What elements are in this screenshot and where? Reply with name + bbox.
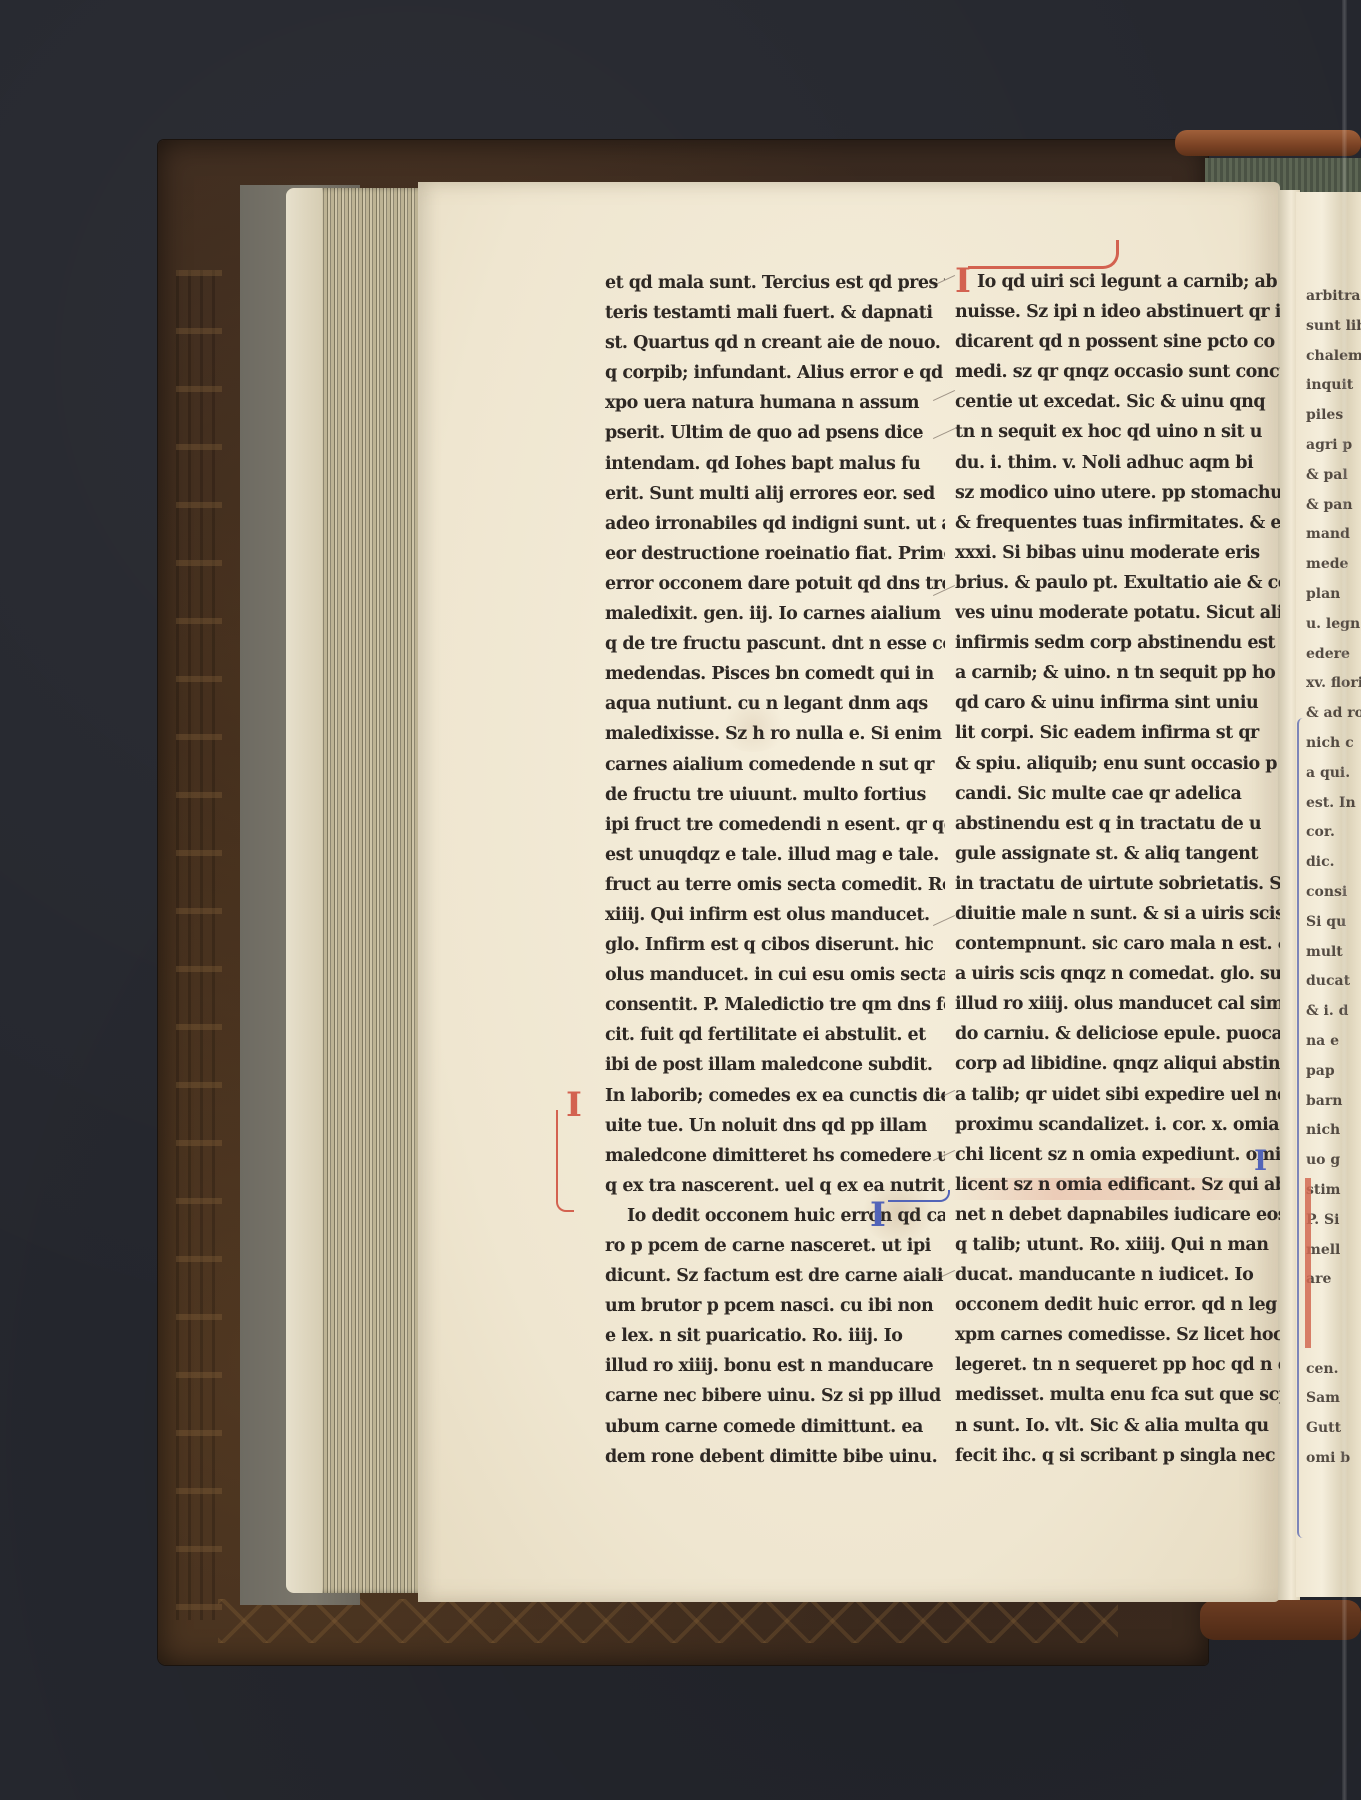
text-line: dicarent qd n possent sine pcto co bbox=[955, 327, 1280, 357]
blind-tooled-border-left bbox=[176, 270, 222, 1620]
initial-flourish-red bbox=[556, 1110, 574, 1212]
text-line: infirmis sedm corp abstinendu est bbox=[955, 628, 1280, 658]
text-line: u. legn bbox=[1306, 610, 1361, 640]
text-line: ibi de post illam maledcone subdit. bbox=[605, 1050, 945, 1080]
text-line: error occonem dare potuit qd dns tre bbox=[605, 569, 945, 599]
marginal-pen-flourish-red bbox=[1305, 1178, 1311, 1348]
text-line: chi licent sz n omia expediunt. omia bbox=[955, 1140, 1280, 1170]
text-line: Gutt bbox=[1306, 1414, 1361, 1444]
text-line: ves uinu moderate potatu. Sicut aliq bbox=[955, 598, 1280, 628]
text-line: mell bbox=[1306, 1236, 1361, 1266]
text-line: intendam. qd Iohes bapt malus fu bbox=[605, 449, 945, 479]
text-line: plan bbox=[1306, 580, 1361, 610]
text-line: arbitra bbox=[1306, 282, 1361, 312]
text-line: pserit. Ultim de quo ad psens dice bbox=[605, 418, 945, 448]
blind-tooled-border-bottom bbox=[218, 1599, 1118, 1643]
text-line: dicunt. Sz factum est dre carne aiali bbox=[605, 1261, 945, 1291]
text-line: brius. & paulo pt. Exultatio aie & cor bbox=[955, 568, 1280, 598]
text-line: aqua nutiunt. cu n legant dnm aqs bbox=[605, 689, 945, 719]
text-line: st. Quartus qd n creant aie de nouo. bbox=[605, 328, 945, 358]
text-line: uite tue. Un noluit dns qd pp illam bbox=[605, 1111, 945, 1141]
text-line: uo g bbox=[1306, 1146, 1361, 1176]
text-line: xv. flori bbox=[1306, 669, 1361, 699]
text-line: gule assignate st. & aliq tangent bbox=[955, 839, 1280, 869]
text-line: ipi fruct tre comedendi n esent. qr qd bbox=[605, 810, 945, 840]
text-line: ubum carne comede dimittunt. ea bbox=[605, 1412, 945, 1442]
text-line: illud ro xiiij. olus manducet cal sim bbox=[955, 989, 1280, 1019]
text-line: nich bbox=[1306, 1116, 1361, 1146]
rubricated-initial-blue: I bbox=[870, 1198, 886, 1232]
recto-text-fragments: arbitra sunt lib chalem inquit piles agr… bbox=[1306, 282, 1361, 1474]
text-line: net n debet dapnabiles iudicare eos bbox=[955, 1200, 1280, 1230]
text-line: Io qd uiri sci legunt a carnib; ab bbox=[955, 267, 1280, 297]
text-line bbox=[1306, 1295, 1361, 1325]
text-line: diuitie male n sunt. & si a uiris scis bbox=[955, 899, 1280, 929]
text-line: & pal bbox=[1306, 461, 1361, 491]
text-line: carnes aialium comedende n sut qr bbox=[605, 750, 945, 780]
text-line: consi bbox=[1306, 878, 1361, 908]
text-line: inquit bbox=[1306, 371, 1361, 401]
text-line: legeret. tn n sequeret pp hoc qd n co bbox=[955, 1350, 1280, 1380]
text-line: candi. Sic multe cae qr adelica bbox=[955, 779, 1280, 809]
text-line: eor destructione roeinatio fiat. Primo bbox=[605, 539, 945, 569]
rubricated-initial-red: I bbox=[955, 264, 971, 298]
text-line: chalem bbox=[1306, 342, 1361, 372]
text-line: a uiris scis qnqz n comedat. glo. sup bbox=[955, 959, 1280, 989]
text-line: stim bbox=[1306, 1176, 1361, 1206]
text-line: a talib; qr uidet sibi expedire uel ne bbox=[955, 1080, 1280, 1110]
text-line: fruct au terre omis secta comedit. Ro bbox=[605, 870, 945, 900]
text-line bbox=[1306, 1325, 1361, 1355]
text-line: ducat bbox=[1306, 967, 1361, 997]
text-line: q de tre fructu pascunt. dnt n esse co bbox=[605, 629, 945, 659]
text-line: & ad ro bbox=[1306, 699, 1361, 729]
marginal-pen-flourish-blue bbox=[1297, 718, 1313, 1538]
glass-reflection-line bbox=[1342, 0, 1347, 1800]
text-line: edere bbox=[1306, 640, 1361, 670]
clasp-strap-bottom bbox=[1200, 1600, 1361, 1640]
text-line: & spiu. aliquib; enu sunt occasio p bbox=[955, 749, 1280, 779]
text-line: olus manducet. in cui esu omis secta bbox=[605, 960, 945, 990]
clasp-strap-top bbox=[1175, 130, 1361, 156]
text-line: & i. d bbox=[1306, 997, 1361, 1027]
text-line: carne nec bibere uinu. Sz si pp illud bbox=[605, 1381, 945, 1411]
text-line: mand bbox=[1306, 520, 1361, 550]
text-line: q corpib; infundant. Alius error e qd bbox=[605, 358, 945, 388]
text-line: teris testamti mali fuert. & dapnati bbox=[605, 298, 945, 328]
text-line: nuisse. Sz ipi n ideo abstinuert qr iu bbox=[955, 297, 1280, 327]
text-line: are bbox=[1306, 1265, 1361, 1295]
text-column-left: et qd mala sunt. Tercius est qd pres ue … bbox=[605, 268, 945, 1472]
text-line: et qd mala sunt. Tercius est qd pres ue bbox=[605, 268, 945, 298]
text-line: est. In bbox=[1306, 789, 1361, 819]
text-line: barn bbox=[1306, 1087, 1361, 1117]
text-line: licent sz n omia edificant. Sz qui ab bbox=[955, 1170, 1280, 1200]
text-line: maledcone dimitteret hs comedere ul bbox=[605, 1141, 945, 1171]
text-line: a carnib; & uino. n tn sequit pp ho bbox=[955, 658, 1280, 688]
text-line: & frequentes tuas infirmitates. & ec bbox=[955, 508, 1280, 538]
text-line: occonem dedit huic error. qd n leg bbox=[955, 1290, 1280, 1320]
text-line: ducat. manducante n iudicet. Io bbox=[955, 1260, 1280, 1290]
text-line: xxxi. Si bibas uinu moderate eris bbox=[955, 538, 1280, 568]
text-line: de fructu tre uiuunt. multo fortius bbox=[605, 780, 945, 810]
text-line: medi. sz qr qnqz occasio sunt concup bbox=[955, 357, 1280, 387]
text-line: a qui. bbox=[1306, 759, 1361, 789]
text-line: consentit. P. Maledictio tre qm dns fe bbox=[605, 990, 945, 1020]
text-line: Si qu bbox=[1306, 908, 1361, 938]
text-line: illud ro xiiij. bonu est n manducare bbox=[605, 1351, 945, 1381]
text-line: In laborib; comedes ex ea cunctis dieb; bbox=[605, 1081, 945, 1111]
text-line: n sunt. Io. vlt. Sic & alia multa qu bbox=[955, 1411, 1280, 1441]
text-line: mede bbox=[1306, 550, 1361, 580]
text-line: maledixisse. Sz h ro nulla e. Si enim bbox=[605, 719, 945, 749]
text-line: xpo uera natura humana n assum bbox=[605, 388, 945, 418]
text-line: & pan bbox=[1306, 491, 1361, 521]
text-line: dic. bbox=[1306, 848, 1361, 878]
text-line: erit. Sunt multi alij errores eor. sed bbox=[605, 479, 945, 509]
text-line: xpm carnes comedisse. Sz licet hoc bbox=[955, 1320, 1280, 1350]
text-line: medisset. multa enu fca sut que scp bbox=[955, 1380, 1280, 1410]
text-line: dem rone debent dimitte bibe uinu. bbox=[605, 1442, 945, 1472]
text-column-right: Io qd uiri sci legunt a carnib; ab nuiss… bbox=[955, 267, 1280, 1471]
initial-flourish-red bbox=[968, 240, 1119, 269]
text-line: contempnunt. sic caro mala n est. & si bbox=[955, 929, 1280, 959]
text-line: cen. bbox=[1306, 1355, 1361, 1385]
text-line: e lex. n sit puaricatio. Ro. iiij. Io bbox=[605, 1321, 945, 1351]
rubricated-initial-blue: I bbox=[1254, 1144, 1267, 1178]
text-line: corp ad libidine. qnqz aliqui abstinent bbox=[955, 1049, 1280, 1079]
text-line: P. Si bbox=[1306, 1206, 1361, 1236]
text-line: nich c bbox=[1306, 729, 1361, 759]
text-line: um brutor p pcem nasci. cu ibi non bbox=[605, 1291, 945, 1321]
text-line: adeo irronabiles qd indigni sunt. ut ad bbox=[605, 509, 945, 539]
text-line: do carniu. & deliciose epule. puocant bbox=[955, 1019, 1280, 1049]
text-line: pap bbox=[1306, 1057, 1361, 1087]
text-line: piles bbox=[1306, 401, 1361, 431]
text-line: maledixit. gen. iij. Io carnes aialium bbox=[605, 599, 945, 629]
text-line: Io dedit occonem huic erron qd ca bbox=[605, 1201, 945, 1231]
text-line: ro p pcem de carne nasceret. ut ipi bbox=[605, 1231, 945, 1261]
text-line: agri p bbox=[1306, 431, 1361, 461]
text-line: in tractatu de uirtute sobrietatis. Si bbox=[955, 869, 1280, 899]
text-line: omi b bbox=[1306, 1444, 1361, 1474]
text-line: lit corpi. Sic eadem infirma st qr bbox=[955, 718, 1280, 748]
text-line: glo. Infirm est q cibos diserunt. hic bbox=[605, 930, 945, 960]
text-line: centie ut excedat. Sic & uinu qnq bbox=[955, 387, 1280, 417]
text-line: tn n sequit ex hoc qd uino n sit u bbox=[955, 417, 1280, 447]
text-line: proximu scandalizet. i. cor. x. omia bbox=[955, 1110, 1280, 1140]
text-line: fecit ihc. q si scribant p singla nec bbox=[955, 1441, 1280, 1471]
text-line: mult bbox=[1306, 938, 1361, 968]
text-line: q talib; utunt. Ro. xiiij. Qui n man bbox=[955, 1230, 1280, 1260]
text-line: qd caro & uinu infirma sint uniu bbox=[955, 688, 1280, 718]
text-line: na e bbox=[1306, 1027, 1361, 1057]
text-line: medendas. Pisces bn comedt qui in bbox=[605, 659, 945, 689]
text-line: est unuqdqz e tale. illud mag e tale. bbox=[605, 840, 945, 870]
page-edge-stack bbox=[286, 188, 426, 1593]
text-line: Sam bbox=[1306, 1384, 1361, 1414]
text-line: sz modico uino utere. pp stomachu tuu bbox=[955, 478, 1280, 508]
text-line: sunt lib bbox=[1306, 312, 1361, 342]
text-line: xiiij. Qui infirm est olus manducet. bbox=[605, 900, 945, 930]
text-line: cit. fuit qd fertilitate ei abstulit. et bbox=[605, 1020, 945, 1050]
text-line: du. i. thim. v. Noli adhuc aqm bi bbox=[955, 448, 1280, 478]
text-line: abstinendu est q in tractatu de u bbox=[955, 809, 1280, 839]
initial-flourish-blue bbox=[888, 1190, 950, 1202]
text-line: cor. bbox=[1306, 818, 1361, 848]
